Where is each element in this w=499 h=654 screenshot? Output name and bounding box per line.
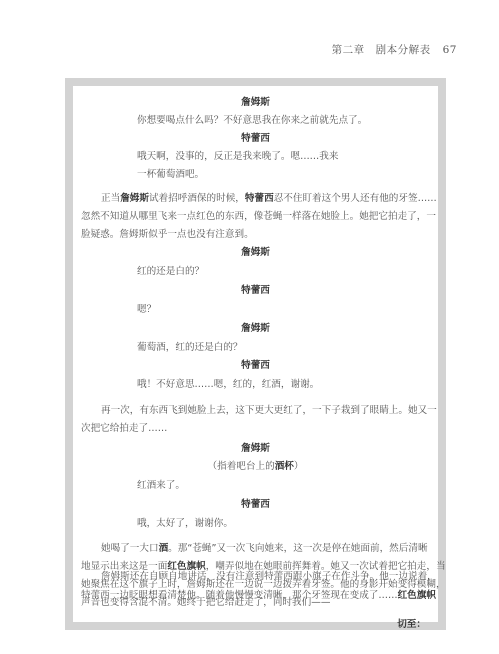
page-number: 67 [443,44,457,56]
action-line: 正当詹姆斯试着招呼酒保的时候，特蕾西忍不住盯着这个男人还有他的牙签…… [101,190,430,209]
character-name: 詹姆斯 [73,320,438,339]
dialogue: 哦天啊，没事的，反正是我来晚了。嗯……我来 [137,148,338,167]
action-line: 脸疑惑。詹姆斯似乎一点也没有注意到。 [81,226,430,245]
action-line: 她喝了一大口酒。那“苍蝇”又一次飞向她来，这一次是停在她面前，然后清晰 [101,540,430,559]
dialogue: 嗯？ [137,301,156,320]
dialogue: 葡萄酒，红的还是白的？ [137,339,243,358]
transition: 切至： [397,616,426,635]
dialogue: 你想要喝点什么吗？不好意思我在你来之前就先点了。 [137,112,367,131]
action-line: 次把它给拍走了…… [81,420,430,439]
dialogue: 红的还是白的？ [137,263,204,282]
dialogue: 哦！不好意思……嗯，红的，红酒，谢谢。 [137,376,319,395]
character-name: 特蕾西 [73,496,438,515]
character-name: 詹姆斯 [73,244,438,263]
script-excerpt-frame: 詹姆斯 你想要喝点什么吗？不好意思我在你来之前就先点了。 特蕾西 哦天啊，没事的… [65,78,446,630]
chapter-title: 第二章 剧本分解表 [332,44,431,56]
character-name: 特蕾西 [73,357,438,376]
dialogue: 红酒来了。 [137,477,185,496]
action-line: 忽然不知道从哪里飞来一点红色的东西，像苍蝇一样落在她脸上。她把它拍走了，一 [81,208,430,227]
character-name: 詹姆斯 [73,94,438,113]
character-name: 特蕾西 [73,282,438,301]
script-content: 詹姆斯 你想要喝点什么吗？不好意思我在你来之前就先点了。 特蕾西 哦天啊，没事的… [73,86,438,622]
dialogue: 哦，太好了，谢谢你。 [137,515,233,534]
action-line: 再一次，有东西飞到她脸上去，这下更大更红了，一下子栽到了眼睛上。她又一 [101,402,430,421]
running-header: 第二章 剧本分解表67 [332,42,457,57]
character-name: 詹姆斯 [73,440,438,459]
action-line: 詹姆斯还在自顾自地讲话，没有注意到特蕾西跟小旗子在作斗争。他一边说着， [101,568,437,587]
action-line: 特蕾西一边眨眼想看清楚他。随着他慢慢变清晰，那个牙签现在变成了……红色旗帜 [81,587,436,606]
character-name: 特蕾西 [73,130,438,149]
parenthetical: （指着吧台上的酒杯） [73,458,438,477]
dialogue: 一杯葡萄酒吧。 [137,166,204,185]
